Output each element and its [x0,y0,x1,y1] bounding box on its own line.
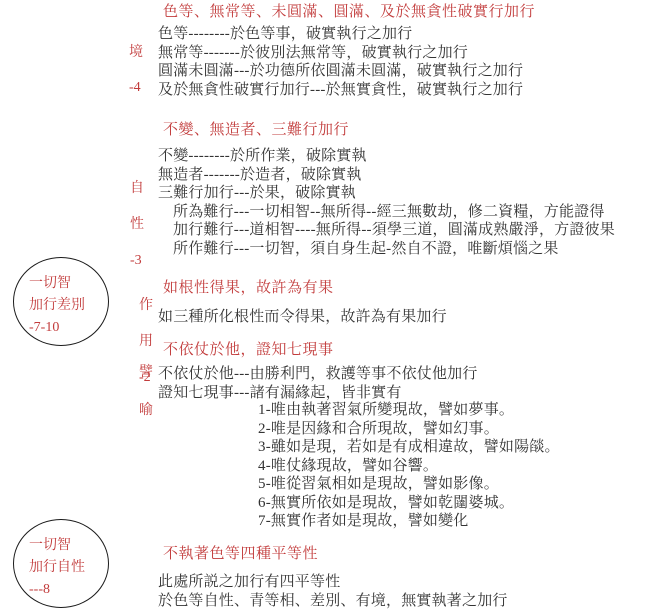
side-label-char: 喻 [139,400,153,422]
seven-appearances-list: 1-唯由執著習氣所變現故，譬如夢事。 2-唯是因緣和合所現故，譬如幻事。 3-雖… [258,401,560,531]
section1-side-label: 境 -4 [129,27,143,113]
side-label-char: 自 [130,179,144,199]
text-line: 及於無貪性破實行加行---於無實貪性，破實執行之加行 [158,81,523,100]
text-line: 加行難行---道相智----無所得--須學三道，圓滿成熟嚴淨，方證彼果 [158,221,615,240]
side-label-char: -4 [129,78,143,97]
section4-heading: 不依仗於他，證知七現事 [163,342,334,359]
circle-badge-kajodifference: 一切智 加行差別 -7-10 [13,257,109,346]
side-label-char: -3 [130,251,144,271]
section2-body: 不變--------於所作業，破除實執 無造者-------於造者，破除實執 三… [158,147,615,258]
text-line: 無造者-------於造者，破除實執 [158,166,615,185]
text-line: 此處所説之加行有四平等性 [158,573,508,592]
text-line: 三難行加行---於果，破除實執 [158,184,615,203]
list-item: 6-無實所依如是現故，譬如乾闥婆城。 [258,494,560,513]
circle-text-line: ---8 [29,579,108,601]
list-item: 3-雖如是現，若如是有成相違故，譬如陽燄。 [258,438,560,457]
text-line: 證知七現事---諸有漏緣起，皆非實有 [158,384,478,403]
text-line: 所作難行---一切智，須自身生起-然自不證，唯斷煩惱之果 [158,240,615,259]
text-line: 圓滿未圓滿---於功德所依圓滿未圓滿，破實執行之加行 [158,62,523,81]
text-line: 如三種所化根性而令得果，故許為有果加行 [158,308,447,327]
circle-badge-kajonature: 一切智 加行自性 ---8 [13,519,109,608]
side-label-char: 作 [139,296,153,316]
section4-body: 不依仗於他---由勝利門，救護等事不依仗他加行 證知七現事---諸有漏緣起，皆非… [158,365,478,402]
circle-text-line: 一切智 [29,273,108,295]
text-line: 無常等-------於彼別法無常等，破實執行之加行 [158,44,523,63]
side-label-char: 譬 [139,362,153,384]
section3-body: 如三種所化根性而令得果，故許為有果加行 [158,308,447,327]
section2-side-label: 自 性 -3 [130,163,144,287]
text-line: 所為難行---一切相智--無所得--經三無數劫，修二資糧，方能證得 [158,203,615,222]
section1-heading: 色等、無常等、未圓滿、圓滿、及於無貪性破實行加行 [163,4,535,21]
text-line: 不變--------於所作業，破除實執 [158,147,615,166]
section5-heading: 不執著色等四種平等性 [163,546,318,563]
list-item: 2-唯是因緣和合所現故，譬如幻事。 [258,420,560,439]
document-page: 色等、無常等、未圓滿、圓滿、及於無貪性破實行加行 境 -4 色等--------… [0,0,651,613]
text-line: 色等--------於色等事，破實執行之加行 [158,25,523,44]
circle-text-line: 加行差別 [29,295,108,317]
list-item: 5-唯從習氣相如是現故，譬如影像。 [258,475,560,494]
side-label-char: 境 [129,43,143,62]
section2-heading: 不變、無造者、三難行加行 [163,122,349,139]
circle-text-line: 加行自性 [29,557,108,579]
section1-body: 色等--------於色等事，破實執行之加行 無常等-------於彼別法無常等… [158,25,523,99]
section4-side-label: 譬 喻 [139,346,153,438]
text-line: 不依仗於他---由勝利門，救護等事不依仗他加行 [158,365,478,384]
circle-text-line: -7-10 [29,317,108,339]
list-item: 4-唯仗緣現故，譬如谷響。 [258,457,560,476]
circle-text-line: 一切智 [29,535,108,557]
side-label-char: 性 [130,215,144,235]
list-item: 1-唯由執著習氣所變現故，譬如夢事。 [258,401,560,420]
text-line: 於色等自性、青等相、差別、有境，無實執著之加行 [158,592,508,611]
list-item: 7-無實作者如是現故，譬如變化 [258,512,560,531]
section3-heading: 如根性得果，故許為有果 [163,280,334,297]
section5-body: 此處所説之加行有四平等性 於色等自性、青等相、差別、有境，無實執著之加行 [158,573,508,610]
